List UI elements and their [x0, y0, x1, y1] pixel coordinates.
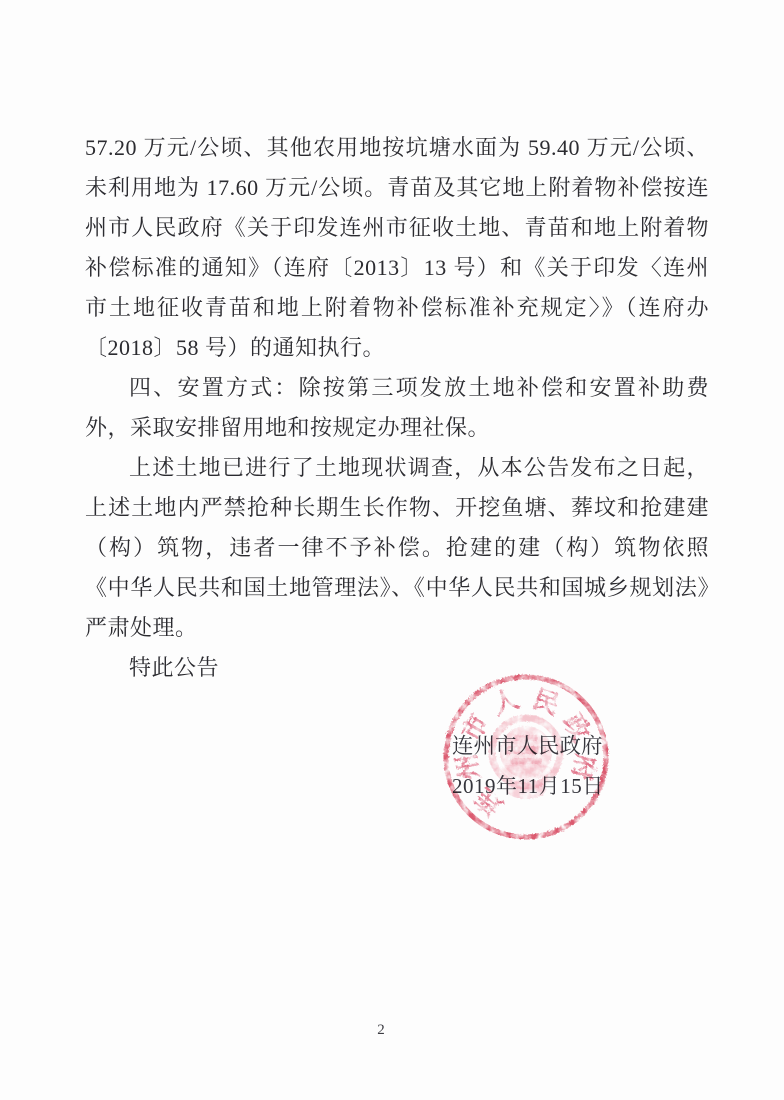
- seal-arc-char: 人: [489, 684, 523, 720]
- signature-block: 连州市人民政府 2019年11月15日: [452, 733, 604, 799]
- document-page: 57.20 万元/公顷、其他农用地按坑塘水面为 59.40 万元/公顷、未利用地…: [0, 0, 784, 1100]
- paragraph-resettlement: 四、安置方式：除按第三项发放土地补偿和安置补助费外，采取安排留用地和按规定办理社…: [85, 368, 709, 448]
- signature-date: 2019年11月15日: [452, 773, 604, 799]
- signature-issuer: 连州市人民政府: [452, 733, 604, 759]
- paragraph-compensation-standards: 57.20 万元/公顷、其他农用地按坑塘水面为 59.40 万元/公顷、未利用地…: [85, 128, 709, 368]
- paragraph-prohibitions: 上述土地已进行了土地现状调查，从本公告发布之日起，上述土地内严禁抢种长期生长作物…: [85, 448, 709, 648]
- document-body: 57.20 万元/公顷、其他农用地按坑塘水面为 59.40 万元/公顷、未利用地…: [85, 128, 709, 688]
- page-number: 2: [0, 1022, 762, 1039]
- seal-arc-char: 民: [529, 684, 563, 720]
